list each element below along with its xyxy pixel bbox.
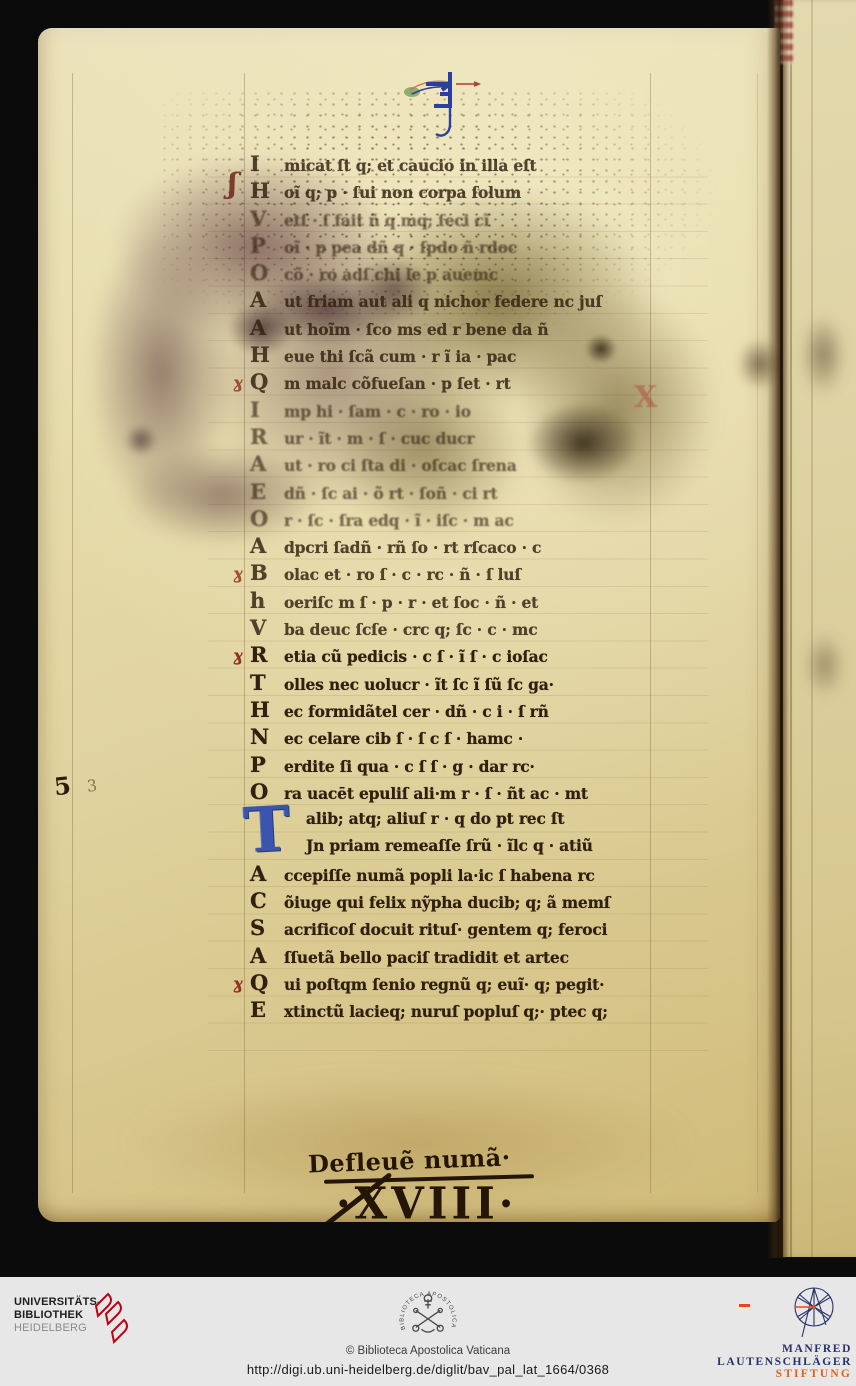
manuscript-line: Vetſ · ſ fait ñ q mq; ſeci cĩ	[250, 205, 700, 232]
manuscript-line: Adpcri ſadñ · rñ ſo · rt rſcaco · c	[250, 532, 700, 559]
manuscript-line: Hec formidãtel cer · dñ · c i · ſ rñ	[250, 696, 700, 723]
verse-text: Jn priam remeaſſe ſrũ · ĩlc q · atiũ	[306, 836, 593, 855]
ml-line3: STIFTUNG	[717, 1368, 852, 1381]
roman-numeral: ·XVIII·	[336, 1178, 517, 1222]
manuscript-line: Poĩ · p pea dñ q · ſpdo ñ rdoc	[250, 232, 700, 259]
manuscript-line: Edñ · ſc ai · õ rt · ſoñ · ci rt	[250, 478, 700, 505]
manuscript-photo: Imicat ſt q; et caucio in illa eſt ʃHoĩ …	[0, 0, 856, 1277]
verse-text: oĩ · p pea dñ q · ſpdo ñ rdoc	[284, 238, 517, 257]
verse-text: dñ · ſc ai · õ rt · ſoñ · ci rt	[284, 484, 497, 503]
manuscript-line: ɣQui poſtqm ſenio regnũ q; euĩ· q; pegit…	[250, 969, 700, 996]
quire-mark-icon	[404, 54, 484, 144]
verse-text: ba deuc ſcſe · crc q; ſc · c · mc	[284, 620, 537, 639]
verse-text: ut · ro ci ſta di · oſcac ſrena	[284, 456, 517, 475]
adjacent-page-edge	[783, 0, 856, 1257]
versal-initial: N	[250, 723, 284, 750]
verse-text: mp hi · ſam · c · ro · io	[284, 402, 471, 421]
verse-text: olles nec uolucr · ĩt ſc ĩ ſũ ſc ga·	[284, 675, 554, 694]
versal-initial: H	[250, 696, 284, 723]
versal-initial: A	[250, 450, 284, 477]
verse-text: ccepiſſe numã popli la·ic ſ habena rc	[284, 866, 595, 885]
quire-signature: 53	[53, 768, 99, 801]
versal-initial: T	[250, 669, 284, 696]
versal-initial: P	[250, 751, 284, 778]
verse-text: alib; atq; aliuſ r · q do pt rec ſt	[306, 809, 564, 828]
versal-initial: I	[250, 150, 284, 177]
ruling-line-vertical	[757, 73, 758, 1193]
versal-initial: A	[250, 286, 284, 313]
ml-stiftung-globe-icon	[782, 1285, 840, 1341]
versal-initial: I	[250, 396, 284, 423]
versal-initial: E	[250, 996, 284, 1023]
manuscript-line: Tolles nec uolucr · ĩt ſc ĩ ſũ ſc ga·	[250, 669, 700, 696]
verse-text: ui poſtqm ſenio regnũ q; euĩ· q; pegit·	[284, 975, 604, 994]
versal-initial: A	[250, 314, 284, 341]
versal-initial: Q	[250, 368, 284, 395]
ml-stiftung-block: MANFRED LAUTENSCHLÄGER STIFTUNG	[717, 1343, 852, 1381]
verse-text: m malc cõfueſan · p ſet · rt	[284, 374, 511, 393]
footer-bar: UNIVERSITÄTS- BIBLIOTHEK HEIDELBERG BIBL…	[0, 1277, 856, 1386]
page-crease	[790, 0, 792, 1257]
versal-initial: P	[250, 232, 284, 259]
stain	[797, 620, 852, 710]
ub-heidelberg-block: UNIVERSITÄTS- BIBLIOTHEK HEIDELBERG	[14, 1296, 101, 1335]
vatican-seal-icon: BIBLIOTECA APOSTOLICA VATICANA	[395, 1286, 461, 1348]
versal-initial: h	[250, 587, 284, 614]
manuscript-line: Ora uacēt epuliſ ali·m r · ſ · ñt ac · m…	[250, 778, 700, 805]
manuscript-textblock: Imicat ſt q; et caucio in illa eſt ʃHoĩ …	[250, 150, 700, 1024]
signature-glyph: 5	[53, 771, 73, 802]
ub-line3: HEIDELBERG	[14, 1322, 101, 1335]
verse-text: ut friam aut ali q nichor federe nc juſ	[284, 292, 602, 311]
versal-initial: R	[250, 423, 284, 450]
paraph-mark: ɣ	[233, 970, 247, 997]
paraph-mark: ɣ	[233, 560, 247, 587]
signature-glyph-faint: 3	[86, 776, 98, 796]
manuscript-line: Aſſuetã bello paciſ tradidit et artec	[250, 942, 700, 969]
manuscript-line: Perdite ſi qua · c ſ ſ · g · dar rc·	[250, 751, 700, 778]
versal-initial: O	[250, 505, 284, 532]
ml-logo-dash	[739, 1304, 750, 1307]
manuscript-line: Or · ſc · ſra edq · ĩ · iſc · m ac	[250, 505, 700, 532]
verse-text: ec celare cib ſ · ſ c ſ · hamc ·	[284, 729, 523, 748]
versal-initial: A	[250, 860, 284, 887]
caption-text: Defleuẽ numã·	[308, 1142, 511, 1178]
versal-initial: S	[250, 914, 284, 941]
manuscript-line: Rur · ĩt · m · ſ · cuc ducr	[250, 423, 700, 450]
manuscript-line: Extinctũ lacieq; nuruſ popluſ q;· ptec q…	[250, 996, 700, 1023]
verse-text: ra uacēt epuliſ ali·m r · ſ · ñt ac · mt	[284, 784, 588, 803]
manuscript-line: Talib; atq; aliuſ r · q do pt rec ſt	[250, 805, 700, 832]
versal-initial: Q	[250, 969, 284, 996]
verse-text: acrificoſ docuit rituſ· gentem q; feroci	[284, 920, 607, 939]
versal-initial: A	[250, 532, 284, 559]
ml-line1: MANFRED	[717, 1343, 852, 1356]
chapter-caption: Defleuẽ numã· ·XVIII· Conſdij magni·	[296, 1146, 604, 1222]
versal-initial: O	[250, 259, 284, 286]
manuscript-line: Aut · ro ci ſta di · oſcac ſrena	[250, 450, 700, 477]
verse-text: ut hoĩm · ſco ms ed r bene da ñ	[284, 320, 549, 339]
verse-text: cõ · ro adſ chi le p auemc	[284, 265, 498, 284]
stain	[793, 300, 853, 410]
gutter-shadow	[767, 0, 789, 1258]
verse-text: r · ſc · ſra edq · ĩ · iſc · m ac	[284, 511, 514, 530]
manuscript-line: Imicat ſt q; et caucio in illa eſt	[250, 150, 700, 177]
manuscript-line: ɣRetia cũ pedicis · c ſ · ĩ ſ · c ioſac	[250, 641, 700, 668]
verse-text: ſſuetã bello paciſ tradidit et artec	[284, 948, 569, 967]
manuscript-line: Sacrificoſ docuit rituſ· gentem q; feroc…	[250, 914, 700, 941]
versal-initial: V	[250, 614, 284, 641]
verse-text: erdite ſi qua · c ſ ſ · g · dar rc·	[284, 757, 535, 776]
manuscript-line: ʃHoĩ q; p · ſui non corpa ſolum	[250, 177, 700, 204]
ub-line1: UNIVERSITÄTS-	[14, 1296, 101, 1309]
versal-initial: V	[250, 205, 284, 232]
verse-text: etia cũ pedicis · c ſ · ĩ ſ · c ioſac	[284, 647, 548, 666]
verse-text: oĩ q; p · ſui non corpa ſolum	[284, 183, 521, 202]
verse-text: õiuge qui felix nỹpha ducib; q; ã memſ	[284, 893, 610, 912]
manuscript-line: Accepiſſe numã popli la·ic ſ habena rc	[250, 860, 700, 887]
verse-text: xtinctũ lacieq; nuruſ popluſ q;· ptec q;	[284, 1002, 608, 1021]
manuscript-line: ɣQm malc cõfueſan · p ſet · rt	[250, 368, 700, 395]
versal-initial: A	[250, 942, 284, 969]
stain-spot	[118, 418, 164, 462]
manuscript-line: ɣBolac et · ro ſ · c · rc · ñ · ſ luſ	[250, 559, 700, 586]
verse-text: oeriſc m ſ · p · r · et ſoc · ñ · et	[284, 593, 538, 612]
manuscript-line: Aut hoĩm · ſco ms ed r bene da ñ	[250, 314, 700, 341]
paraph-mark: ɣ	[233, 642, 247, 669]
versal-initial: H	[250, 341, 284, 368]
manuscript-line: hoeriſc m ſ · p · r · et ſoc · ñ · et	[250, 587, 700, 614]
ruling-line-vertical	[72, 73, 73, 1193]
verse-text: ec formidãtel cer · dñ · c i · ſ rñ	[284, 702, 549, 721]
paraph-mark: ɣ	[233, 369, 247, 396]
manuscript-line: Ocõ · ro adſ chi le p auemc	[250, 259, 700, 286]
ml-line2: LAUTENSCHLÄGER	[717, 1356, 852, 1369]
verse-text: eue thi ſcã cum · r ĩ ia · pac	[284, 347, 516, 366]
manuscript-line: Cõiuge qui felix nỹpha ducib; q; ã memſ	[250, 887, 700, 914]
verse-text: ur · ĩt · m · ſ · cuc ducr	[284, 429, 474, 448]
verse-text: micat ſt q; et caucio in illa eſt	[284, 156, 536, 175]
ub-heidelberg-logo-icon	[92, 1288, 144, 1350]
verse-text: etſ · ſ fait ñ q mq; ſeci cĩ	[284, 211, 489, 230]
manuscript-line: Nec celare cib ſ · ſ c ſ · hamc ·	[250, 723, 700, 750]
manuscript-line: Aut friam aut ali q nichor federe nc juſ	[250, 286, 700, 313]
seal-circular-text: BIBLIOTECA APOSTOLICA VATICANA	[395, 1286, 456, 1332]
versal-initial: E	[250, 478, 284, 505]
svg-text:BIBLIOTECA APOSTOLICA VATICANA: BIBLIOTECA APOSTOLICA VATICANA	[395, 1286, 456, 1332]
manuscript-page: Imicat ſt q; et caucio in illa eſt ʃHoĩ …	[38, 28, 780, 1222]
manuscript-line: Imp hi · ſam · c · ro · io	[250, 396, 700, 423]
versal-initial: H	[250, 177, 284, 204]
manuscript-line: Jn priam remeaſſe ſrũ · ĩlc q · atiũ	[250, 832, 700, 859]
verse-text: dpcri ſadñ · rñ ſo · rt rſcaco · c	[284, 538, 541, 557]
versal-initial: R	[250, 641, 284, 668]
ub-line2: BIBLIOTHEK	[14, 1309, 101, 1322]
verse-text: olac et · ro ſ · c · rc · ñ · ſ luſ	[284, 565, 521, 584]
manuscript-line: Vba deuc ſcſe · crc q; ſc · c · mc	[250, 614, 700, 641]
ruling-line-vertical	[244, 73, 245, 1193]
paraph-mark: ʃ	[228, 170, 242, 197]
manuscript-line: Heue thi ſcã cum · r ĩ ia · pac	[250, 341, 700, 368]
versal-initial: C	[250, 887, 284, 914]
scan-viewer: Imicat ſt q; et caucio in illa eſt ʃHoĩ …	[0, 0, 856, 1386]
versal-initial: B	[250, 559, 284, 586]
